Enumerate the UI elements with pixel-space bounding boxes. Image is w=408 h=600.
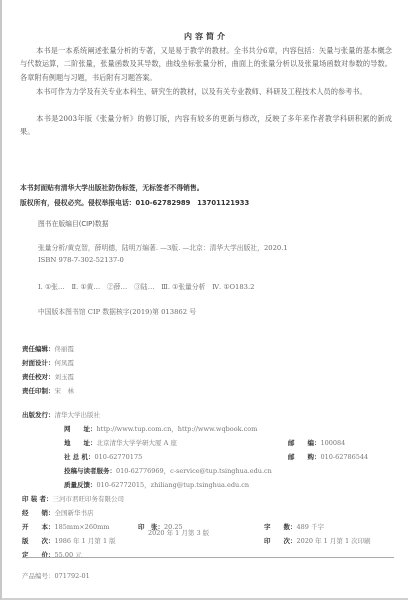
intro-title: 内容简介 bbox=[2, 31, 408, 42]
divider bbox=[22, 557, 394, 558]
cip-heading: 图书在版编目(CIP)数据 bbox=[38, 218, 109, 228]
copyright-notice: 版权所有，侵权必究。侵权举报电话：010-62782989 1370112193… bbox=[20, 197, 249, 207]
publisher-mail-order: 邮 购：010-62786544 bbox=[288, 444, 368, 463]
copyright-page: 内容简介 本书是一本系统阐述张量分析的专著，又是易于教学的教材。全书共分6章，内… bbox=[0, 0, 408, 600]
edition-third: 2020 年 1 月第 3 版 bbox=[148, 528, 209, 537]
anti-counterfeit-notice: 本书封面贴有清华大学出版社防伪标签，无标签者不得销售。 bbox=[20, 182, 204, 192]
intro-text-3: 本书是2003年版《张量分析》的修订版，内容有较多的更新与修改，反映了多年来作者… bbox=[20, 114, 392, 136]
cip-isbn: ISBN 978-7-302-52137-0 bbox=[38, 256, 124, 264]
intro-text-2: 本书可作为力学及有关专业本科生、研究生的教材，以及有关专业教师、科研及工程技术人… bbox=[36, 87, 367, 96]
cip-classification: Ⅰ. ①张… Ⅱ. ①黄… ②薛… ③陆… Ⅲ. ①张量分析 Ⅳ. ①O183.… bbox=[38, 281, 254, 291]
intro-paragraph-2: 本书可作为力学及有关专业本科生、研究生的教材，以及有关专业教师、科研及工程技术人… bbox=[20, 85, 392, 98]
price-row: 定 价：55.00 元 bbox=[22, 542, 82, 561]
intro-paragraph-3: 本书是2003年版《张量分析》的修订版，内容有较多的更新与修改，反映了多年来作者… bbox=[20, 112, 392, 139]
product-code: 产品编号：071792-01 bbox=[22, 563, 90, 582]
intro-paragraph-1: 本书是一本系统阐述张量分析的专著，又是易于教学的教材。全书共分6章，内容包括：矢… bbox=[20, 44, 392, 84]
cip-record: 中国版本图书馆 CIP 数据核字(2019)第 013862 号 bbox=[38, 306, 196, 316]
impression-row: 印 次：2020 年 1 月第 1 次印刷 bbox=[264, 528, 371, 547]
intro-text-1: 本书是一本系统阐述张量分析的专著，又是易于教学的教材。全书共分6章，内容包括：矢… bbox=[20, 46, 392, 82]
staff-printing: 责任印制：宋 林 bbox=[22, 378, 74, 397]
cip-title-line: 张量分析/黄克智，薛明德，陆明万编著. —3版. —北京：清华大学出版社，202… bbox=[38, 242, 288, 252]
